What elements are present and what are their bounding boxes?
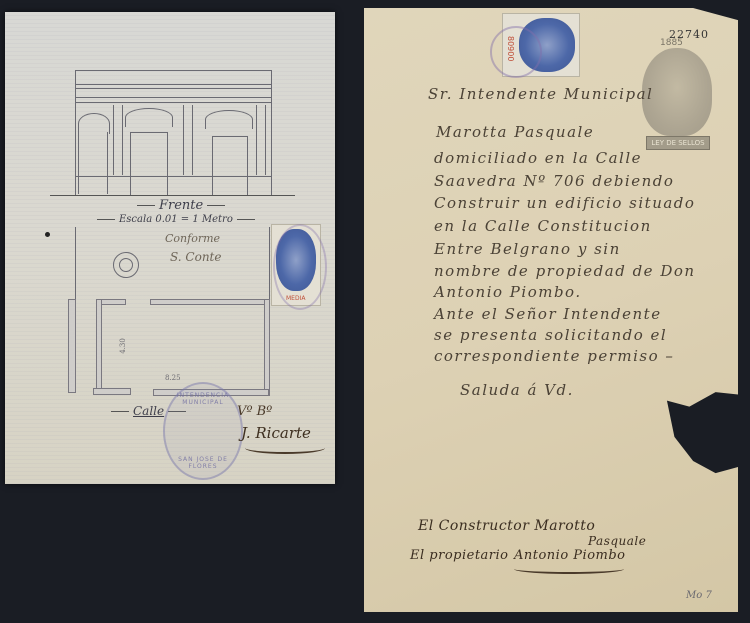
architectural-plan-sheet: Frente Escala 0.01 = 1 Metro Conforme S.… [5,12,335,484]
owner-signature: Antonio Piombo [514,548,626,563]
scale-caption: Escala 0.01 = 1 Metro [93,214,259,225]
letter-line: se presenta solicitando el [434,326,667,344]
stamp-cancellation-oval [490,26,542,78]
punch-hole [45,232,50,237]
visto-bueno: Vº Bº [237,404,272,419]
corner-note: Mo 7 [686,590,712,601]
letter-line: Antonio Piombo. [434,283,582,301]
constructor-name-signature: Pasquale [588,534,646,548]
plan-wall [264,299,270,396]
elevation-caption: Frente [133,198,229,213]
plan-dimension-horizontal: 8.25 [165,374,181,382]
well-circle [113,252,139,278]
letter-line: Ante el Señor Intendente [434,305,662,323]
constructor-signature: El Constructor Marotto [418,518,595,534]
approval-note: Conforme [165,232,220,245]
signature-flourish [245,442,325,454]
stamp-cancellation-oval [273,224,327,310]
owner-label: El propietario [410,548,509,563]
plan-dimension-vertical: 4.30 [119,338,127,354]
signature-flourish [514,564,624,574]
letter-line: domiciliado en la Calle [434,149,642,167]
approval-signature: S. Conte [170,250,221,264]
letter-line: nombre de propiedad de Don [434,262,696,280]
plan-wall [150,299,270,305]
letter-line: correspondiente permiso – [434,347,674,365]
inspector-signature: J. Ricarte [241,424,311,442]
letter-line: Saavedra Nº 706 debiendo [434,172,674,190]
permit-letter-sheet: 80900 22740 1885 LEY DE SELLOS Sr. Inten… [364,8,738,612]
emblem-plate: LEY DE SELLOS [646,136,710,150]
emblem-year: 1885 [660,38,683,48]
letter-line: Entre Belgrano y sin [434,240,621,258]
plan-wall [96,299,102,391]
building-elevation-drawing [75,70,280,198]
plan-wall [93,388,131,395]
letter-line: en la Calle Constitucion [434,217,652,235]
municipal-seal: INTENDENCIA MUNICIPAL SAN JOSE DE FLORES [163,382,243,480]
letter-line: Marotta Pasquale [436,123,594,141]
letter-line: Construir un edificio situado [434,194,695,212]
plan-wall [68,299,76,393]
letter-line-salutation: Sr. Intendente Municipal [428,85,653,103]
letter-closing: Saluda á Vd. [460,381,574,399]
